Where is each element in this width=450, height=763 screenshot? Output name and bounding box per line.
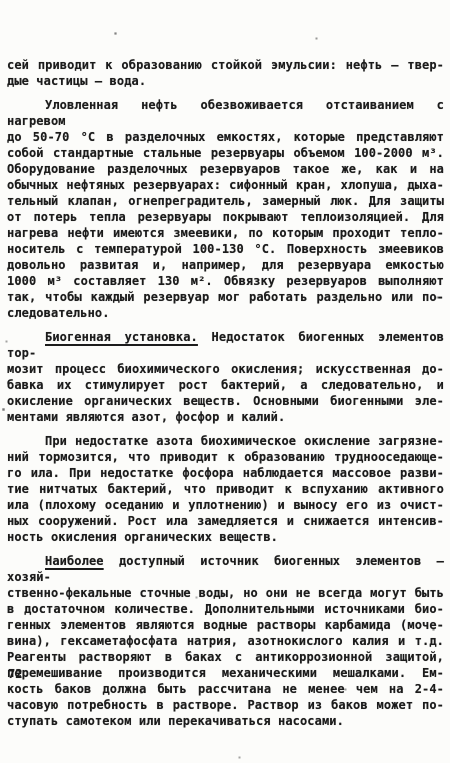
text-line: ментами являются азот, фосфор и калий.	[7, 409, 444, 425]
paragraph-biogenic-unit: Биогенная установка. Недостаток биогенны…	[7, 329, 444, 425]
text-line: тельный клапан, огнепреградитель, замерн…	[7, 193, 444, 209]
text-line: так, чтобы каждый резервуар мог работать…	[7, 289, 444, 305]
text-line: ила (плохому оседанию и уплотнению) и вы…	[7, 497, 444, 513]
text-line: тие нитчатых бактерий, что приводит к вс…	[7, 481, 444, 497]
underlined-lead: Наиболее	[45, 554, 104, 568]
text-line: от потерь тепла резервуары покрывают теп…	[7, 209, 444, 225]
text-line: довольно развитая и, например, для резер…	[7, 257, 444, 273]
text-line: в достаточном количестве. Дополнительным…	[7, 601, 444, 617]
text-line: генных элементов являются водные раствор…	[7, 617, 444, 633]
text-line: ственно-фекальные сточные воды, но они н…	[7, 585, 444, 601]
scan-noise	[0, 0, 1, 1]
text-line: При недостатке азота биохимическое окисл…	[7, 433, 444, 449]
text-line: следовательно.	[7, 305, 444, 321]
text-line: ступать самотеком или перекачиваться нас…	[7, 713, 444, 729]
text-line: носитель с температурой 100-130 °С. Пове…	[7, 241, 444, 257]
page-number: 72	[8, 666, 22, 682]
paragraph-emulsion-continuation: сей приводит к образованию стойкой эмуль…	[7, 57, 444, 89]
text-line: дые частицы – вода.	[7, 73, 444, 89]
text-line: нагрева нефти имеются змеевики, по котор…	[7, 225, 444, 241]
text-line: ных сооружений. Рост ила замедляется и с…	[7, 513, 444, 529]
text-line: часовую потребность в растворе. Раствор …	[7, 697, 444, 713]
text-line: ность окисления органических веществ.	[7, 529, 444, 545]
page-text: сей приводит к образованию стойкой эмуль…	[7, 57, 444, 729]
paragraph-nitrogen-phosphorus-deficiency: При недостатке азота биохимическое окисл…	[7, 433, 444, 545]
paragraph-oil-dewatering: Уловленная нефть обезвоживается отстаива…	[7, 97, 444, 321]
text-line: мозит процесс биохимического окисления; …	[7, 361, 444, 377]
text-line: обычных нефтяных резервуарах: сифонный к…	[7, 177, 444, 193]
text-line: собой стандартные стальные резервуары об…	[7, 145, 444, 161]
paragraph-biogenic-sources: Наиболее доступный источник биогенных эл…	[7, 553, 444, 729]
text-line: вина), гексаметафосфата натрия, азотноки…	[7, 633, 444, 649]
text-line: до 50-70 °С в разделочных емкостях, кото…	[7, 129, 444, 145]
text-line: окисление органических веществ. Основным…	[7, 393, 444, 409]
underlined-lead: Биогенная установка.	[45, 330, 198, 344]
text-line: Наиболее доступный источник биогенных эл…	[7, 553, 444, 585]
scanned-document-page: сей приводит к образованию стойкой эмуль…	[0, 0, 450, 763]
text-line: Уловленная нефть обезвоживается отстаива…	[7, 97, 444, 129]
text-line: Реагенты растворяют в баках с антикорроз…	[7, 649, 444, 665]
text-line: сей приводит к образованию стойкой эмуль…	[7, 57, 444, 73]
text-line: бавка их стимулирует рост бактерий, а сл…	[7, 377, 444, 393]
text-line: ний тормозится, что приводит к образован…	[7, 449, 444, 465]
text-line: Биогенная установка. Недостаток биогенны…	[7, 329, 444, 361]
text-line: кость баков должна быть рассчитана не ме…	[7, 681, 444, 697]
text-line: 1000 м³ составляет 130 м². Обвязку резер…	[7, 273, 444, 289]
text-line: Оборудование разделочных резервуаров так…	[7, 161, 444, 177]
text-line: перемешивание производится механическими…	[7, 665, 444, 681]
text-line: го ила. При недостатке фосфора наблюдает…	[7, 465, 444, 481]
